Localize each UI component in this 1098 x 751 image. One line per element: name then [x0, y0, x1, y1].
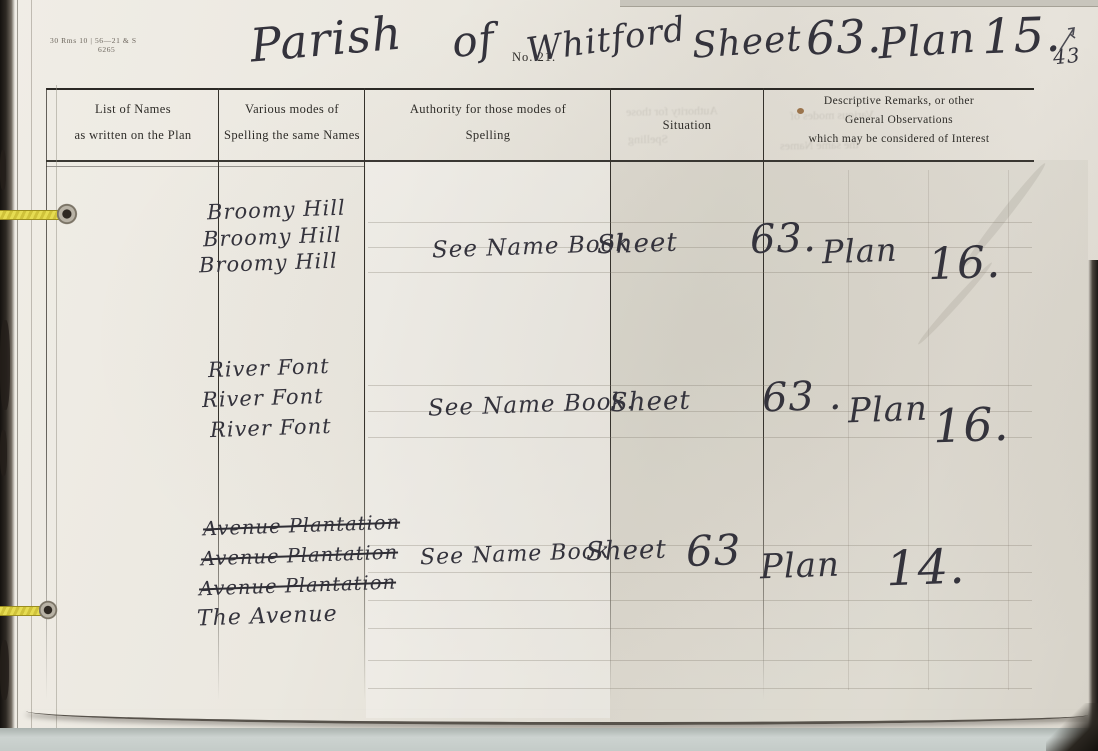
title-plan-word: Plan	[876, 13, 977, 69]
ruled-guide	[368, 222, 1032, 223]
column-header-names: List of Names as written on the Plan	[48, 96, 218, 148]
ghost-text: the same Names	[780, 137, 859, 153]
header-line: Authority for those modes of	[367, 96, 609, 122]
ruled-guide	[368, 660, 1032, 661]
name-entry: Broomy Hill	[199, 249, 338, 278]
name-entry: The Avenue	[197, 602, 338, 632]
ink-stain	[797, 108, 804, 114]
situation-plan-word: Plan	[759, 545, 840, 588]
ruled-guide	[368, 600, 1032, 601]
header-line: List of Names	[48, 96, 218, 122]
name-entry: River Font	[208, 354, 330, 382]
header-bottom-rule-double	[46, 166, 364, 167]
torn-paper-fragment	[0, 640, 9, 700]
col-divider-2	[364, 88, 365, 700]
name-entry: River Font	[210, 414, 332, 442]
header-bottom-rule	[46, 160, 1034, 162]
print-code-line2: 6265	[98, 45, 115, 54]
header-line: as written on the Plan	[48, 122, 218, 148]
name-entry: Broomy Hill	[207, 196, 346, 225]
scanned-register-page: 30 Rms 10 | 56—21 & S 6265 Parish of No.…	[0, 0, 1098, 751]
situation-sheet-number: 63 .	[761, 373, 843, 422]
situation-sheet-number: 63	[685, 525, 742, 576]
next-page-strip	[0, 728, 1098, 751]
header-line: Spelling	[367, 122, 609, 148]
right-dark-edge	[1088, 260, 1098, 751]
title-sheet-word: Sheet	[691, 18, 804, 67]
ruled-guide	[368, 628, 1032, 629]
under-page-edge	[31, 0, 32, 751]
title-of-word: of	[450, 14, 498, 67]
situation-sheet-word: Sheet	[597, 228, 679, 261]
torn-paper-fragment	[0, 430, 7, 476]
title-plan-number: 15.	[981, 7, 1062, 66]
top-page-edge	[620, 0, 1098, 7]
name-entry: River Font	[202, 384, 324, 412]
name-entry: Broomy Hill	[203, 223, 342, 252]
situation-plan-word: Plan	[821, 231, 898, 272]
situation-sheet-word: Sheet	[610, 386, 692, 419]
ruled-guide	[368, 437, 1032, 438]
torn-paper-fragment	[0, 320, 10, 410]
situation-plan-number: 16.	[932, 397, 1010, 454]
ruled-guide	[368, 688, 1032, 689]
ruled-guide	[368, 385, 1032, 386]
binding-hole	[57, 203, 79, 225]
situation-sheet-number: 63.	[749, 215, 817, 263]
column-header-authority: Authority for those modes of Spelling	[367, 96, 609, 148]
under-page-edge	[17, 0, 18, 751]
header-line: Spelling the same Names	[220, 122, 364, 148]
ghost-text: Spelling	[628, 132, 668, 148]
header-line: Various modes of	[220, 96, 364, 122]
print-code-line1: 30 Rms 10 | 56—21 & S	[50, 36, 137, 45]
situation-sheet-word: Sheet	[586, 535, 668, 568]
bottom-right-shadow	[1046, 703, 1098, 751]
situation-plan-number: 14.	[885, 539, 966, 598]
situation-plan-number: 16.	[927, 237, 1002, 291]
binding-hole	[39, 600, 59, 620]
table-top-rule	[46, 88, 1034, 90]
page-crease	[56, 85, 57, 740]
pen-mark-arrow-icon	[1056, 22, 1080, 52]
title-sheet-number: 63.	[805, 9, 883, 66]
column-header-spellings: Various modes of Spelling the same Names	[220, 96, 364, 148]
binding-string	[0, 210, 64, 220]
torn-paper-fragment	[0, 150, 6, 190]
situation-plan-word: Plan	[847, 389, 928, 432]
ghost-text: Authority for those	[626, 103, 718, 120]
